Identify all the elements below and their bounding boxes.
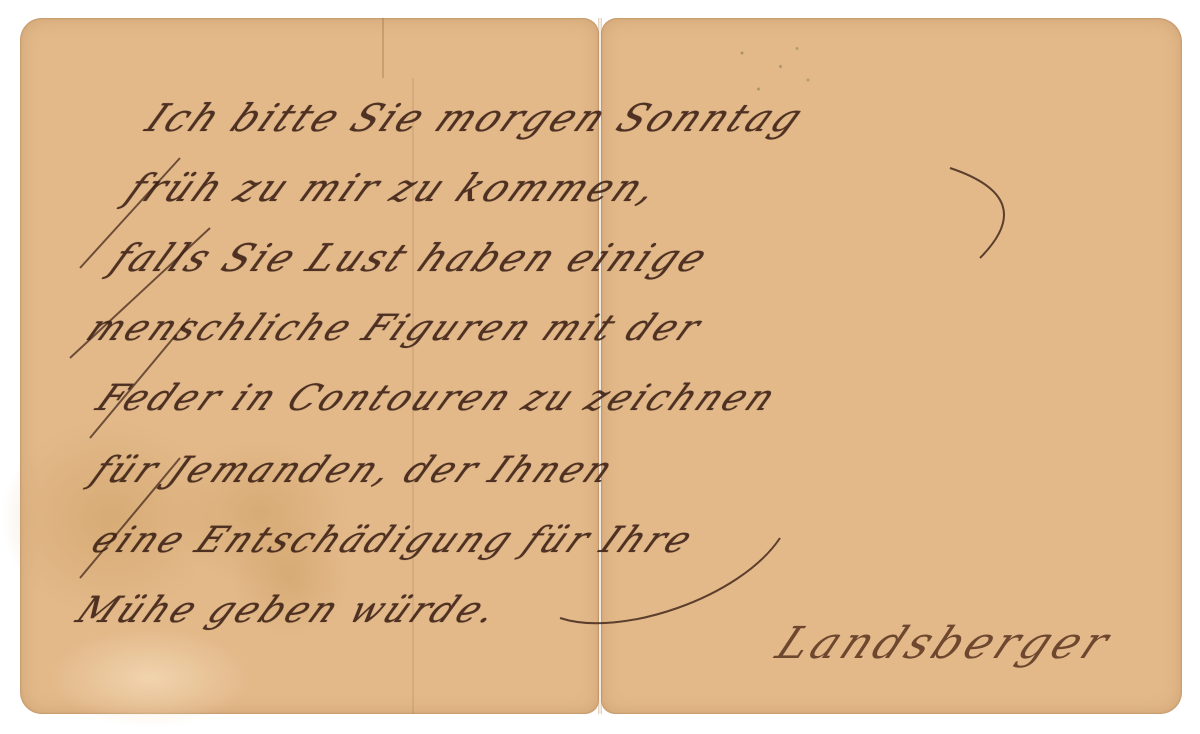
handwritten-card: Ich bitte Sie morgen Sonntag früh zu mir… [20,18,1182,714]
pen-flourishes [20,18,1182,714]
